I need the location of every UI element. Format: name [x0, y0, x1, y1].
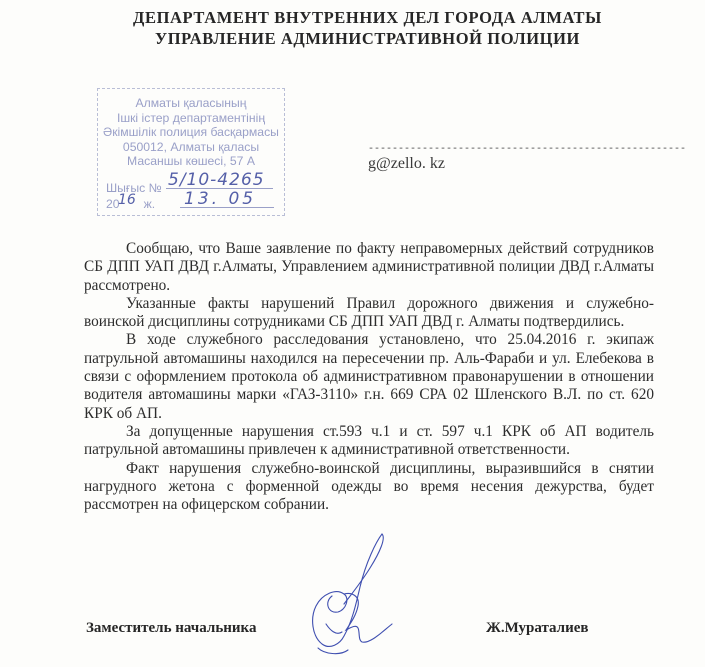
- letterhead-department: ДЕПАРТАМЕНТ ВНУТРЕННИХ ДЕЛ ГОРОДА АЛМАТЫ: [0, 7, 705, 28]
- stamp-line: Алматы қаласының: [98, 96, 284, 111]
- outgoing-stamp: Алматы қаласының Ішкі істер департаменті…: [97, 88, 285, 216]
- signatory-title: Заместитель начальника: [86, 620, 256, 637]
- stamp-line: Масаншы көшесі, 57 А: [98, 154, 284, 169]
- stamp-line: Әкімшілік полиция басқармасы: [98, 125, 284, 140]
- signatory-name: Ж.Мураталиев: [486, 620, 589, 637]
- paragraph: За допущенные нарушения ст.593 ч.1 и ст.…: [84, 423, 654, 460]
- paragraph: Факт нарушения служебно-воинской дисципл…: [84, 460, 654, 515]
- recipient-email: g@zello. kz: [368, 155, 445, 173]
- stamp-line: Ішкі істер департаментінің: [98, 111, 284, 126]
- stamp-address-block: Алматы қаласының Ішкі істер департаменті…: [98, 96, 284, 169]
- recipient-line: ----------------------------------------…: [368, 144, 686, 155]
- letter-body: Сообщаю, что Ваше заявление по факту неп…: [84, 240, 654, 514]
- paragraph: Указанные факты нарушений Правил дорожно…: [84, 295, 654, 332]
- handwritten-signature-icon: [300, 532, 420, 662]
- letterhead-division: УПРАВЛЕНИЕ АДМИНИСТРАТИВНОЙ ПОЛИЦИИ: [0, 28, 705, 49]
- stamp-date-handwritten: 13. 05: [180, 192, 274, 208]
- stamp-outgoing-number: 5/10-4265: [166, 173, 273, 189]
- stamp-year-suffix: ж.: [144, 197, 156, 211]
- stamp-line: 050012, Алматы қаласы: [98, 140, 284, 155]
- letterhead: ДЕПАРТАМЕНТ ВНУТРЕННИХ ДЕЛ ГОРОДА АЛМАТЫ…: [0, 7, 705, 49]
- stamp-year-handwritten: 16: [118, 193, 136, 208]
- paragraph: Сообщаю, что Ваше заявление по факту неп…: [84, 240, 654, 295]
- paragraph: В ходе служебного расследования установл…: [84, 331, 654, 422]
